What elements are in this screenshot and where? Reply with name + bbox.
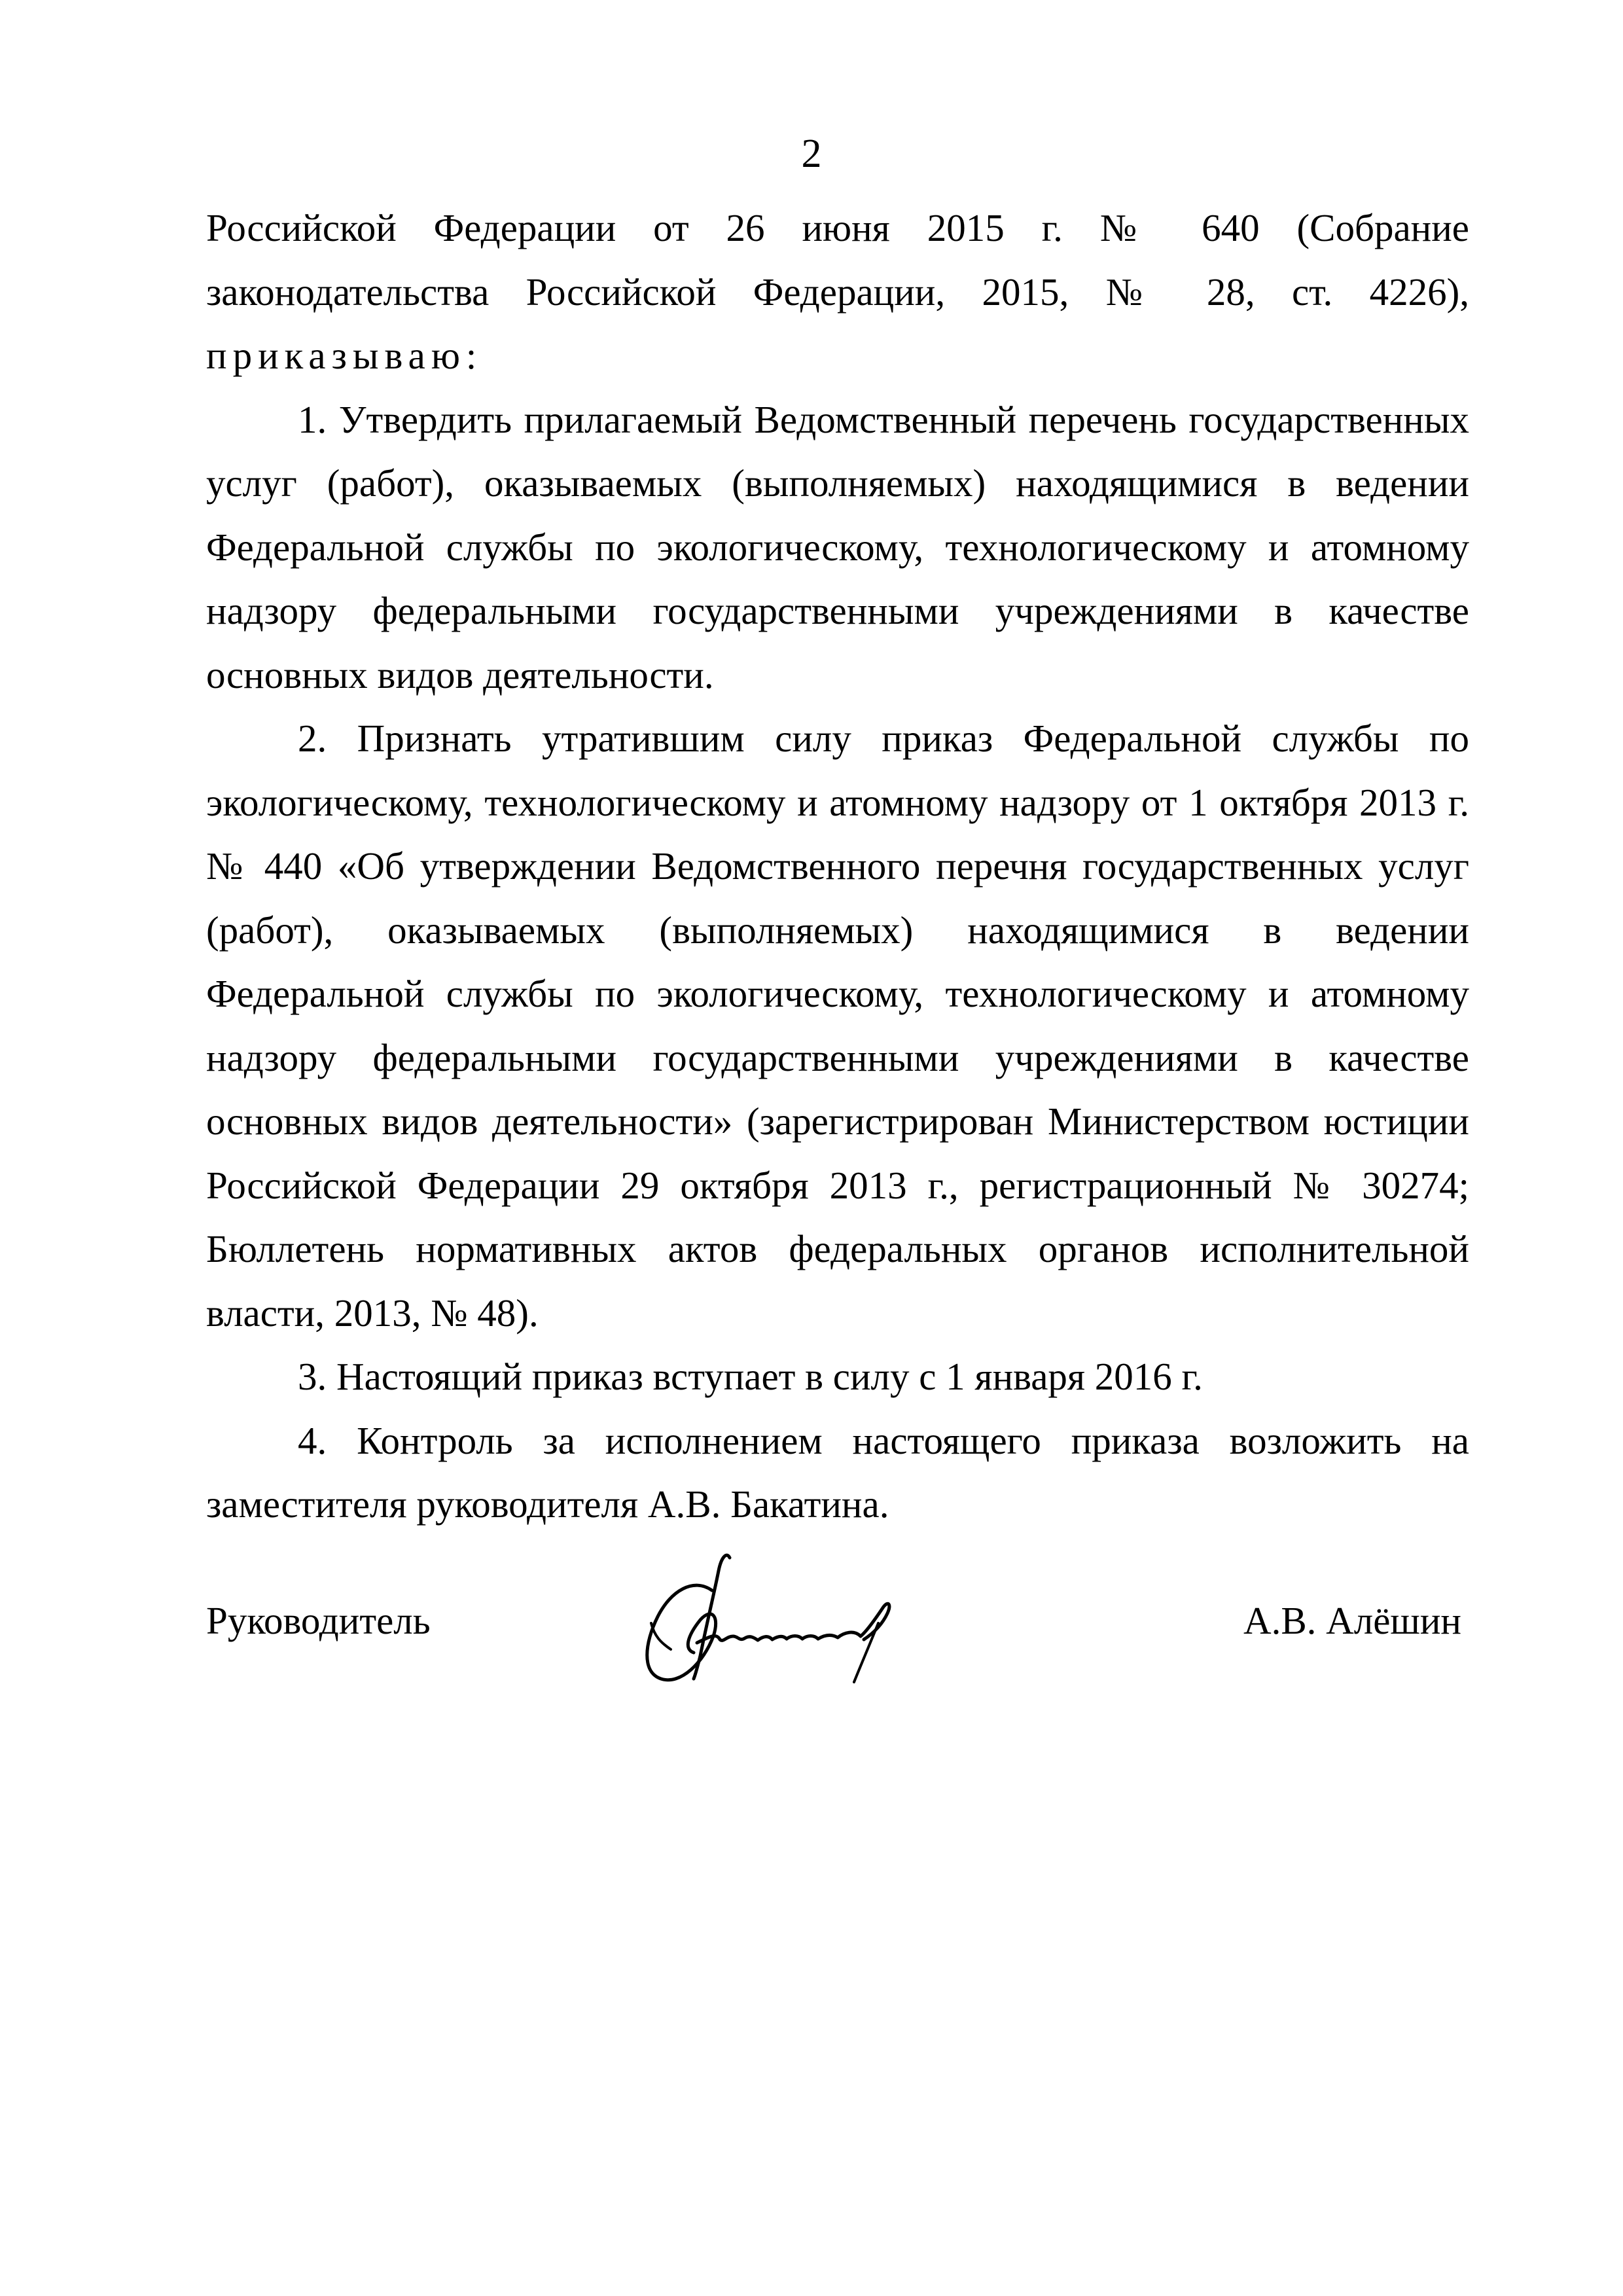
paragraph-item-3: 3. Настоящий приказ вступает в силу с 1 … bbox=[206, 1345, 1469, 1409]
paragraph-item-2: 2. Признать утратившим силу приказ Федер… bbox=[206, 707, 1469, 1345]
signature-icon bbox=[635, 1545, 1001, 1702]
order-keyword: приказываю: bbox=[206, 334, 482, 377]
paragraph-intro: Российской Федерации от 26 июня 2015 г. … bbox=[206, 196, 1469, 388]
signature-block: Руководитель А.В. Алёшин bbox=[206, 1584, 1469, 1702]
signatory-title: Руководитель bbox=[206, 1594, 431, 1647]
paragraph-item-4: 4. Контроль за исполнением настоящего пр… bbox=[206, 1409, 1469, 1537]
paragraph-intro-text: Российской Федерации от 26 июня 2015 г. … bbox=[206, 206, 1469, 314]
page-number: 2 bbox=[0, 128, 1623, 180]
signatory-name: А.В. Алёшин bbox=[1243, 1594, 1461, 1647]
document-body: Российской Федерации от 26 июня 2015 г. … bbox=[206, 196, 1469, 1537]
paragraph-item-1: 1. Утвердить прилагаемый Ведомственный п… bbox=[206, 388, 1469, 708]
